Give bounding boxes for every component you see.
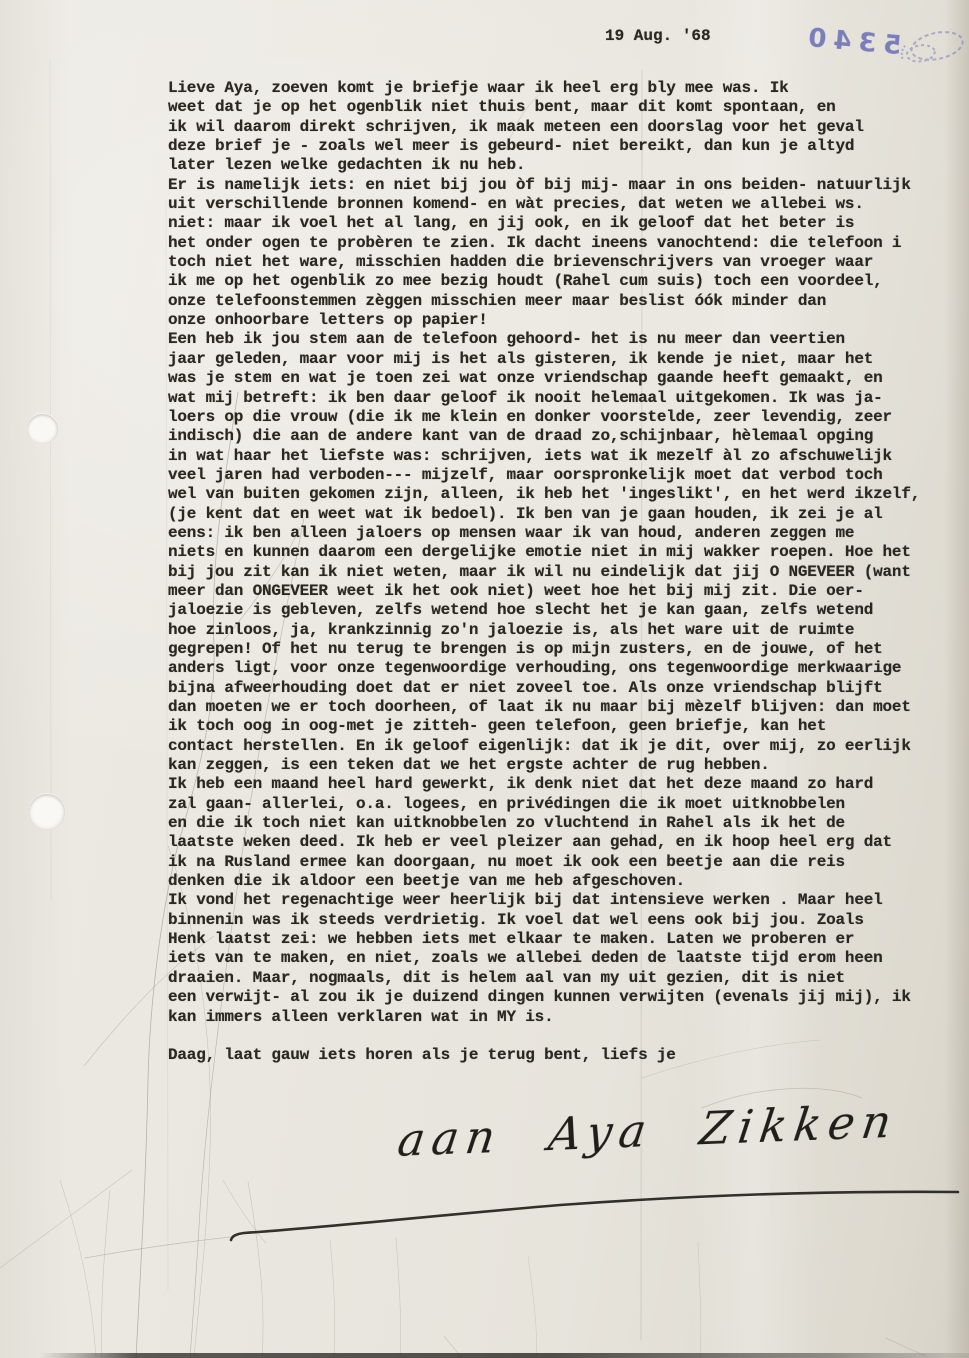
punch-hole-bottom	[29, 794, 65, 830]
stamp-number: 5340	[800, 23, 903, 62]
letter-line: Daag, laat gauw iets horen als je terug …	[168, 1046, 958, 1065]
letter-line: (je kent dat en weet wat ik bedoel). Ik …	[168, 505, 958, 524]
signature-underline	[231, 1192, 958, 1240]
letter-line: anders ligt, voor onze tegenwoordige ver…	[168, 659, 958, 678]
letter-line: iets van te maken, en niet, zoals we all…	[168, 949, 958, 968]
letter-line: ik toch oog in oog-met je zitteh- geen t…	[168, 717, 958, 736]
letter-page: 5340 19 Aug. '68 Lieve Aya, zoeven komt …	[0, 0, 969, 1358]
letter-line: het onder ogen te probèren te zien. Ik d…	[168, 234, 958, 253]
punch-hole-top	[27, 414, 58, 444]
letter-line: later lezen welke gedachten ik nu heb.	[168, 156, 958, 175]
letter-line: Lieve Aya, zoeven komt je briefje waar i…	[168, 79, 958, 98]
letter-line: eens: ik ben alleen jaloers op mensen wa…	[168, 524, 958, 543]
letter-line: dan moeten we er toch doorheen, of laat …	[168, 698, 958, 717]
letter-line: ik me op het ogenblik zo mee bezig houdt…	[168, 272, 958, 291]
letter-line: toch niet het ware, misschien hadden die…	[168, 253, 958, 272]
letter-line: deze brief je - zoals wel meer is gebeur…	[168, 137, 958, 156]
letter-line: zal gaan- allerlei, o.a. logees, en priv…	[168, 795, 958, 814]
letter-line: onze telefoonstemmen zèggen misschien me…	[168, 292, 958, 311]
letter-line: contact herstellen. En ik geloof eigenli…	[168, 737, 958, 756]
letter-line: Ik heb een maand heel hard gewerkt, ik d…	[168, 775, 958, 794]
stamp-scribble-icon	[896, 19, 969, 81]
letter-line: loers op die vrouw (die ik me klein en d…	[168, 408, 958, 427]
letter-line: laatste weken deed. Ik heb er veel pleiz…	[168, 833, 958, 852]
letter-line: kan zeggen, is een teken dat we het ergs…	[168, 756, 958, 775]
letter-line: Henk laatst zei: we hebben iets met elka…	[168, 930, 958, 949]
letter-line: niet: maar ik voel het al lang, en jij o…	[168, 214, 958, 233]
letter-line: uit verschillende bronnen komend- en wàt…	[168, 195, 958, 214]
letter-date: 19 Aug. '68	[605, 27, 711, 45]
letter-line: ik na Rusland ermee kan doorgaan, nu moe…	[168, 853, 958, 872]
letter-line: meer dan ONGEVEER weet ik het ook niet) …	[168, 582, 958, 601]
letter-line: kan immers alleen verklaren wat in MY is…	[168, 1008, 958, 1027]
letter-line: bijna afweerhouding doet dat er niet zov…	[168, 679, 958, 698]
archive-stamp: 5340	[794, 15, 969, 81]
letter-line: ik wil daarom direkt schrijven, ik maak …	[168, 118, 958, 137]
letter-line: bij jou zit kan ik niet weten, maar ik w…	[168, 563, 958, 582]
letter-line: denken die ik aldoor een beetje van me h…	[168, 872, 958, 891]
letter-line: veel jaren had verboden--- mijzelf, maar…	[168, 466, 958, 485]
letter-line: weet dat je op het ogenblik niet thuis b…	[168, 98, 958, 117]
letter-line	[168, 1027, 958, 1046]
letter-line: Ik vond het regenachtige weer heerlijk b…	[168, 891, 958, 910]
paper-shade-left	[0, 0, 80, 1358]
letter-line: gegrepen! Of het nu terug te brengen is …	[168, 640, 958, 659]
letter-line: indisch) die aan de andere kant van de d…	[168, 427, 958, 446]
letter-line: Er is namelijk iets: en niet bij jou òf …	[168, 176, 958, 195]
letter-body: Lieve Aya, zoeven komt je briefje waar i…	[168, 79, 958, 1066]
letter-line: binnenin was ik steeds verdrietig. Ik vo…	[168, 911, 958, 930]
letter-line: hoe zinloos, ja, krankzinnig zo'n jaloez…	[168, 621, 958, 640]
letter-line: Een heb ik jou stem aan de telefoon geho…	[168, 330, 958, 349]
letter-line: en die ik toch niet kan uitknobbelen zo …	[168, 814, 958, 833]
bottom-scan-edge	[40, 1353, 969, 1358]
letter-line: onze onhoorbare letters op papier!	[168, 311, 958, 330]
handwritten-dedication: aan Aya Zikken	[395, 1094, 922, 1167]
letter-line: draaien. Maar, nogmaals, dit is helem aa…	[168, 969, 958, 988]
letter-line: een verwijt- al zou ik je duizend dingen…	[168, 988, 958, 1007]
letter-line: jaar geleden, maar voor mij is het als g…	[168, 350, 958, 369]
letter-line: wel van buiten gekomen zijn, alleen, ik …	[168, 485, 958, 504]
letter-line: in wat haar het liefste was: schrijven, …	[168, 447, 958, 466]
letter-line: wat mij betreft: ik ben daar geloof ik n…	[168, 389, 958, 408]
letter-line: jaloezie is gebleven, zelfs wetend hoe s…	[168, 601, 958, 620]
letter-line: niets en kunnen daarom een dergelijke em…	[168, 543, 958, 562]
letter-line: was je stem en wat je toen zei wat onze …	[168, 369, 958, 388]
